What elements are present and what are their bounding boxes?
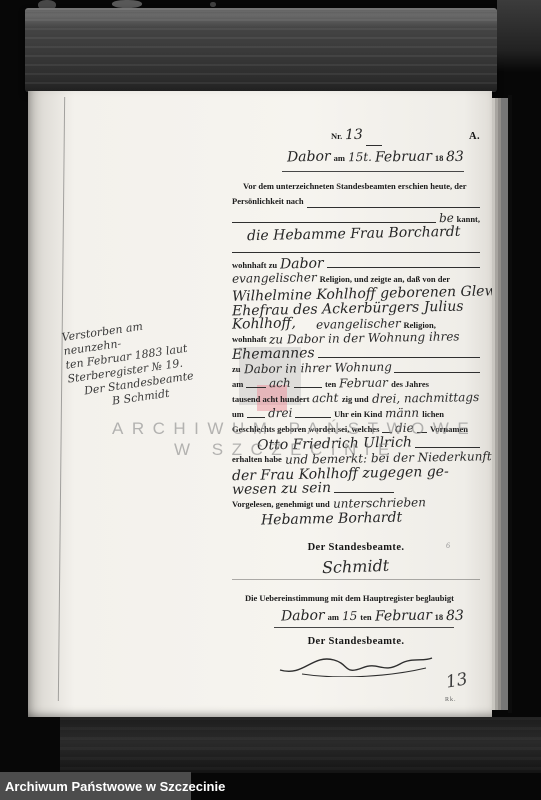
printed-text: Nr. [331,131,342,141]
form-line [232,581,480,583]
printed-text: wohnhaft zu [232,260,277,270]
handwritten-text: 83 [446,149,464,165]
printed-text: 18 [435,612,444,622]
table-surface [60,717,541,773]
printed-text: Uhr ein Kind [334,409,382,419]
form-line: Daboram15tenFebruar1883 [232,608,480,632]
birth-record-form: Nr.13A.Daboram15t.Februar1883Vor dem unt… [232,127,480,677]
printed-text: Religion, und zeigte an, daß von der [320,274,450,284]
scan-artifact [112,0,142,8]
printed-text: Geschlechts geboren worden sei, welches [232,424,379,434]
handwritten-text: Hebamme Borhardt [261,510,402,529]
printed-text: ten [360,612,371,622]
printed-text: wohnhaft [232,334,266,344]
printed-text-bold: Der Standesbeamte. [308,542,405,553]
handwritten-text: evangelischer [232,270,317,285]
archive-name-label: Archiwum Państwowe w Szczecinie [0,772,191,800]
form-line: zuDabor in ihrer Wohnung [232,361,480,376]
handwritten-text: drei [268,406,293,420]
register-page: Verstorben am neunzehn-ten Februar 1883 … [28,91,492,717]
printed-text: Vornamen [430,424,468,434]
printed-text: ten [325,379,336,389]
form-line: umdreiUhr ein Kindmännlichen [232,406,480,421]
background-shadow [497,0,541,72]
handwritten-text: 15t. [348,150,372,164]
form-line [232,241,480,256]
handwritten-text: acht [312,391,339,405]
page-number-stamp: Rk. [445,697,457,703]
handwritten-text: die [395,421,414,435]
handwritten-text: drei, nachmittags [371,390,478,406]
rule-line [295,416,331,418]
handwritten-text: Februar [339,376,388,391]
page-stack-edge [492,98,508,710]
printed-text: zig und [342,394,369,404]
rule-line [415,446,480,448]
form-line: Nr.13A. [232,127,480,149]
handwritten-text: Dabor in ihrer Wohnung [243,360,391,377]
form-line: der Frau Kohlhoff zugegen ge- [232,466,480,481]
rule-line [327,266,480,268]
handwritten-text: 83 [446,608,464,624]
form-line: Ehemannes [232,346,480,361]
margin-annotation: Verstorben am neunzehn-ten Februar 1883 … [61,312,211,415]
printed-text: tausend acht hundert [232,394,309,404]
form-line: Die Uebereinstimmung mit dem Hauptregist… [232,593,480,608]
rule-line [334,491,394,493]
printed-text-bold: Der Standesbeamte. [308,636,405,647]
printed-text: um [232,409,244,419]
form-line: Schmidt [232,557,480,575]
rule-line [246,386,266,388]
rule-line [232,251,480,253]
printed-text: Persönlichkeit nach [232,196,304,206]
registrar-signature-flourish [276,651,436,677]
page-number: 13 [444,669,469,692]
handwritten-text: zu Dabor in der Wohnung ihres [269,329,460,346]
printed-text: am [328,612,339,622]
rule-line [394,371,480,373]
rule-line [366,144,382,146]
handwritten-text: evangelischer [316,316,401,331]
handwritten-text: Dabor [287,149,331,166]
binding-seam [508,95,512,713]
handwritten-text: 15 [342,609,358,623]
rule-line [247,416,265,418]
rule-line [307,206,480,208]
printed-text: Vor dem unterzeichneten Standesbeamten e… [243,181,467,191]
form-line [232,651,480,677]
form-line: wohnhaft zuDabor [232,256,480,271]
printed-text: Die Uebereinstimmung mit dem Hauptregist… [245,593,454,603]
handwritten-text: männ [385,406,419,421]
form-line: Ehefrau des Ackerbürgers Julius [232,301,480,316]
form-line: Persönlichkeit nach [232,196,480,211]
form-line: Geschlechts geboren worden sei, welchesd… [232,421,480,436]
scan-artifact [210,2,216,7]
rule-line [318,356,480,358]
handwritten-text: Februar [374,607,431,624]
rule-line [417,431,427,433]
handwritten-text: 13 [345,127,363,143]
scanned-register-photo: Verstorben am neunzehn-ten Februar 1883 … [0,0,541,800]
handwritten-text: Dabor [281,608,325,625]
handwritten-text: unterschrieben [333,495,426,511]
form-line: wohnhaftzu Dabor in der Wohnung ihres [232,331,480,346]
book-cover-board [25,8,497,92]
rule-line [294,386,322,388]
printed-text: am [334,153,345,163]
form-line: Vor dem unterzeichneten Standesbeamten e… [232,181,480,196]
form-line: wesen zu sein [232,481,480,496]
stray-pencil-mark: 6 [446,541,450,550]
rule-line [232,221,436,223]
form-line: Daboram15t.Februar1883 [232,149,480,175]
handwritten-text: ach [269,376,291,390]
form-line: Der Standesbeamte. [232,542,480,557]
form-line: amachtenFebruardes Jahres [232,376,480,391]
printed-text: 18 [435,153,444,163]
form-line: Vorgelesen, genehmigt undunterschrieben [232,496,480,511]
handwritten-text: Februar [375,148,432,165]
form-line: Otto Friedrich Ullrich [232,436,480,451]
form-line: Hebamme Borhardt [232,511,480,526]
printed-text: Religion, [404,320,436,330]
form-line: Der Standesbeamte. [232,636,480,651]
rule-line-faint [232,578,480,580]
printed-text: lichen [422,409,444,419]
printed-text: zu [232,364,241,374]
signature-text: Schmidt [322,556,390,577]
printed-text: am [232,379,243,389]
printed-text: kannt, [457,214,480,224]
form-line: tausend acht hundertachtzig unddrei, nac… [232,391,480,406]
form-line: die Hebamme Frau Borchardt [232,226,480,241]
printed-text: des Jahres [391,379,429,389]
printed-text: Vorgelesen, genehmigt und [232,499,330,509]
rule-line [382,431,392,433]
page-fold-line [58,97,65,701]
printed-text-bold: A. [469,131,480,142]
printed-text: erhalten habe [232,454,282,464]
